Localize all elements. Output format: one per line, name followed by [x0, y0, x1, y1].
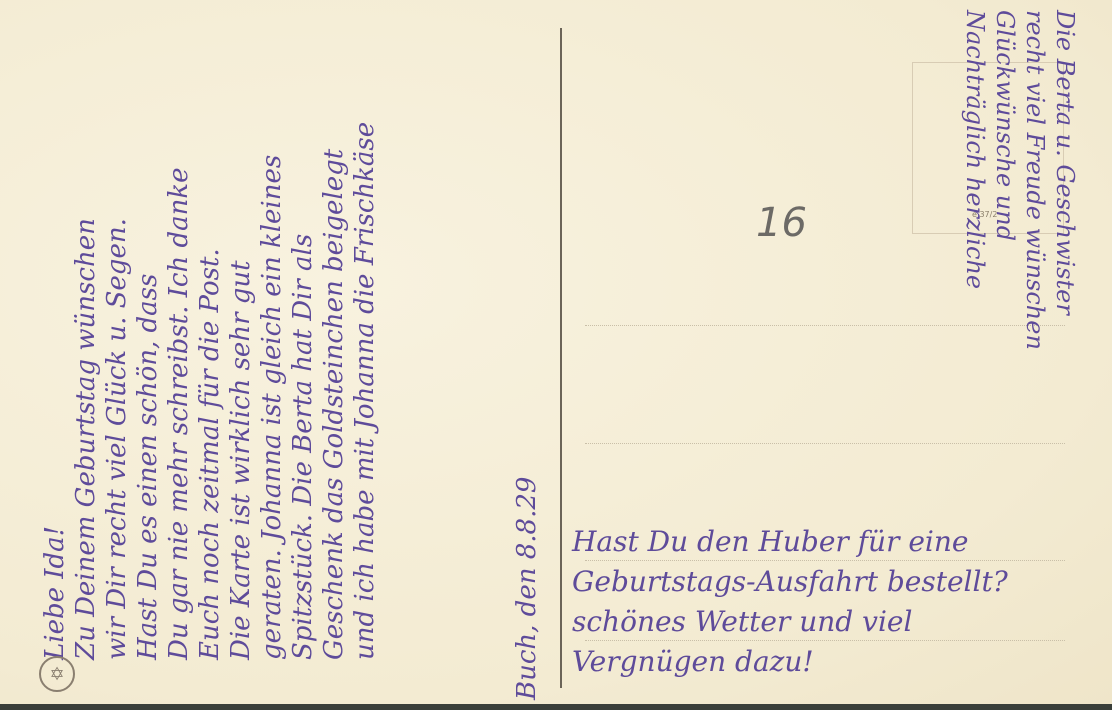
- message-line: recht viel Freude wünschen: [1020, 10, 1050, 350]
- message-line: Hast Du den Huber für eine: [572, 522, 1008, 562]
- message-line: Glückwünsche und: [990, 10, 1020, 350]
- message-line: wir Dir recht viel Glück u. Segen.: [102, 122, 133, 660]
- message-line: geraten. Johanna ist gleich ein kleines: [257, 122, 288, 660]
- publisher-logo-icon: ✡: [39, 656, 75, 692]
- message-line: Geburtstags-Ausfahrt bestellt?: [572, 562, 1008, 602]
- message-line: Nachträglich herzliche: [960, 10, 990, 350]
- address-area-message: Hast Du den Huber für eine Geburtstags-A…: [572, 522, 1008, 682]
- message-line: Zu Deinem Geburtstag wünschen: [71, 122, 102, 660]
- scan-bottom-edge: [0, 704, 1112, 710]
- message-line: Spitzstück. Die Berta hat Dir als: [288, 122, 319, 660]
- message-line: Geschenk das Goldsteinchen beigelegt: [319, 122, 350, 660]
- message-line: schönes Wetter und viel: [572, 602, 1008, 642]
- postcard: e 37/2 16 Liebe Ida! Zu Deinem Geburtsta…: [0, 0, 1112, 704]
- place-date: Buch, den 8.8.29: [512, 477, 542, 700]
- salutation: Liebe Ida!: [40, 122, 71, 660]
- right-vertical-message: Die Berta u. Geschwister recht viel Freu…: [960, 10, 1080, 350]
- center-divider-line: [560, 28, 562, 688]
- left-message: Liebe Ida! Zu Deinem Geburtstag wünschen…: [40, 122, 381, 660]
- message-line: Du gar nie mehr schreibst. Ich danke: [164, 122, 195, 660]
- pencil-number: 16: [756, 200, 807, 246]
- message-line: Hast Du es einen schön, dass: [133, 122, 164, 660]
- message-line: Die Karte ist wirklich sehr gut: [226, 122, 257, 660]
- message-line: Euch noch zeitmal für die Post.: [195, 122, 226, 660]
- address-line: [585, 443, 1065, 444]
- message-line: Vergnügen dazu!: [572, 642, 1008, 682]
- message-line: und ich habe mit Johanna die Frischkäse: [350, 122, 381, 660]
- message-line: Die Berta u. Geschwister: [1050, 10, 1080, 350]
